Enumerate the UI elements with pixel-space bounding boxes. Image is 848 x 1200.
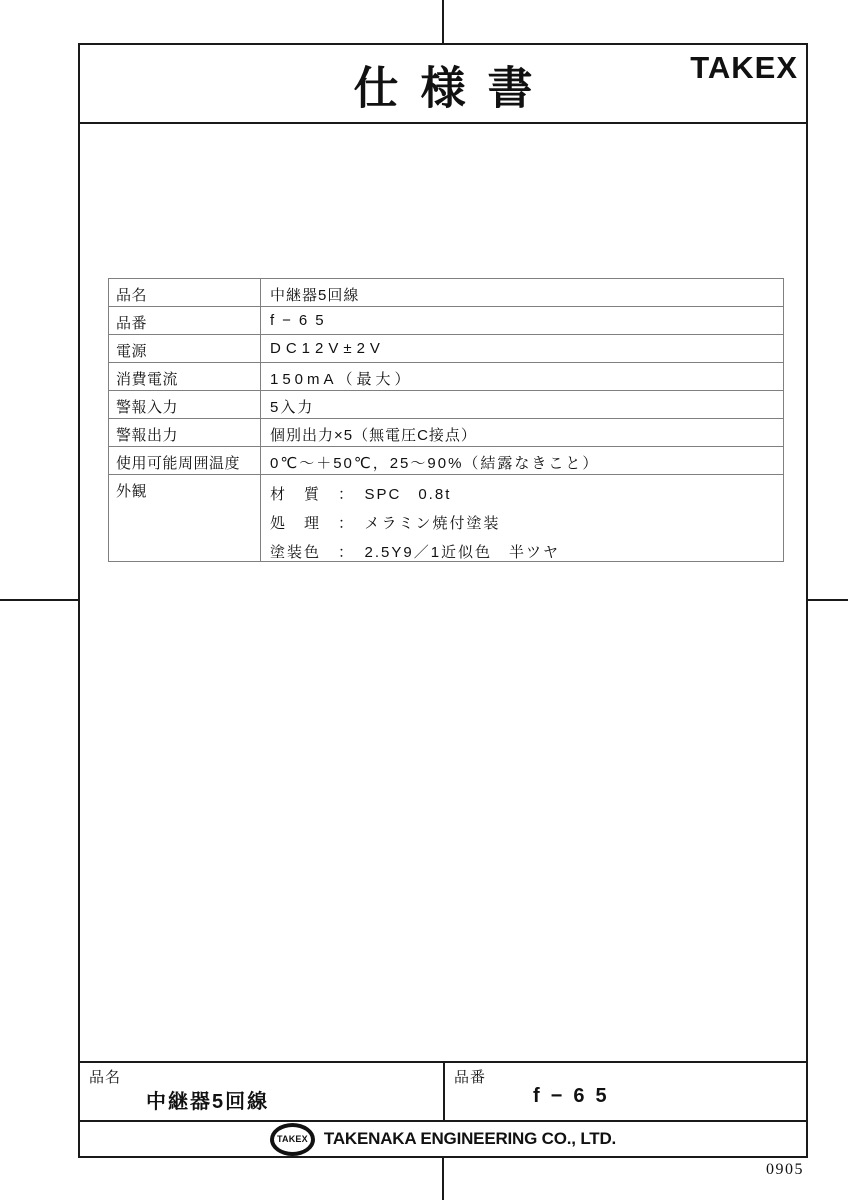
header: 仕様書 TAKEX [80,45,806,124]
row-value: 材 質 ： SPC 0.8t 処 理 ： メラミン焼付塗装 塗装色 ： 2.5Y… [261,475,783,561]
row-value: 5入力 [261,391,783,418]
document-frame: 仕様書 TAKEX 品名 中継器5回線 品番 f−65 電源 DC12V±2V … [78,43,808,1158]
table-row-product-number: 品番 f−65 [109,307,783,335]
crop-mark-bottom [442,1157,444,1200]
table-row-power: 電源 DC12V±2V [109,335,783,363]
table-row-product-name: 品名 中継器5回線 [109,279,783,307]
table-row-alarm-output: 警報出力 個別出力×5（無電圧C接点） [109,419,783,447]
table-row-appearance: 外観 材 質 ： SPC 0.8t 処 理 ： メラミン焼付塗装 塗装色 ： 2… [109,475,783,561]
takex-brand-text: TAKEX [690,50,798,86]
table-row-current: 消費電流 150mA（最大） [109,363,783,391]
table-row-temperature: 使用可能周囲温度 0℃～＋50℃，25～90%（結露なきこと） [109,447,783,475]
spec-table: 品名 中継器5回線 品番 f−65 電源 DC12V±2V 消費電流 150mA… [108,278,784,562]
crop-mark-top [442,0,444,45]
row-value: 0℃～＋50℃，25～90%（結露なきこと） [261,447,783,474]
page: { "page": { "title": "仕様書", "brand": "TA… [0,0,848,1200]
name-label: 品名 [89,1066,121,1087]
row-label: 電源 [109,335,261,362]
takex-logo-icon: TAKEX [270,1123,315,1156]
company-name: TAKENAKA ENGINEERING CO., LTD. [324,1129,616,1149]
appearance-line-color: 塗装色 ： 2.5Y9／1近似色 半ツヤ [270,538,783,567]
row-label: 品名 [109,279,261,306]
document-code: 0905 [766,1161,804,1179]
row-value: 150mA（最大） [261,363,783,390]
row-value: f−65 [261,307,783,334]
row-value: DC12V±2V [261,335,783,362]
crop-mark-left [0,599,80,601]
title-block-name-cell: 品名 中継器5回線 [80,1063,445,1120]
row-label: 外観 [109,475,261,561]
row-label: 警報出力 [109,419,261,446]
crop-mark-right [806,599,848,601]
takex-logo-text: TAKEX [277,1134,308,1144]
name-value: 中継器5回線 [146,1085,269,1114]
title-block-number-cell: 品番 f−65 [445,1063,806,1120]
row-label: 使用可能周囲温度 [109,447,261,474]
number-value: f−65 [533,1085,618,1108]
row-value: 個別出力×5（無電圧C接点） [261,419,783,446]
appearance-line-material: 材 質 ： SPC 0.8t [270,480,783,509]
title-block: 品名 中継器5回線 品番 f−65 [80,1061,806,1120]
appearance-line-treatment: 処 理 ： メラミン焼付塗装 [270,509,783,538]
row-label: 警報入力 [109,391,261,418]
row-label: 消費電流 [109,363,261,390]
number-label: 品番 [454,1066,486,1087]
row-label: 品番 [109,307,261,334]
footer: TAKEX TAKENAKA ENGINEERING CO., LTD. [80,1120,806,1156]
row-value: 中継器5回線 [261,279,783,306]
table-row-alarm-input: 警報入力 5入力 [109,391,783,419]
